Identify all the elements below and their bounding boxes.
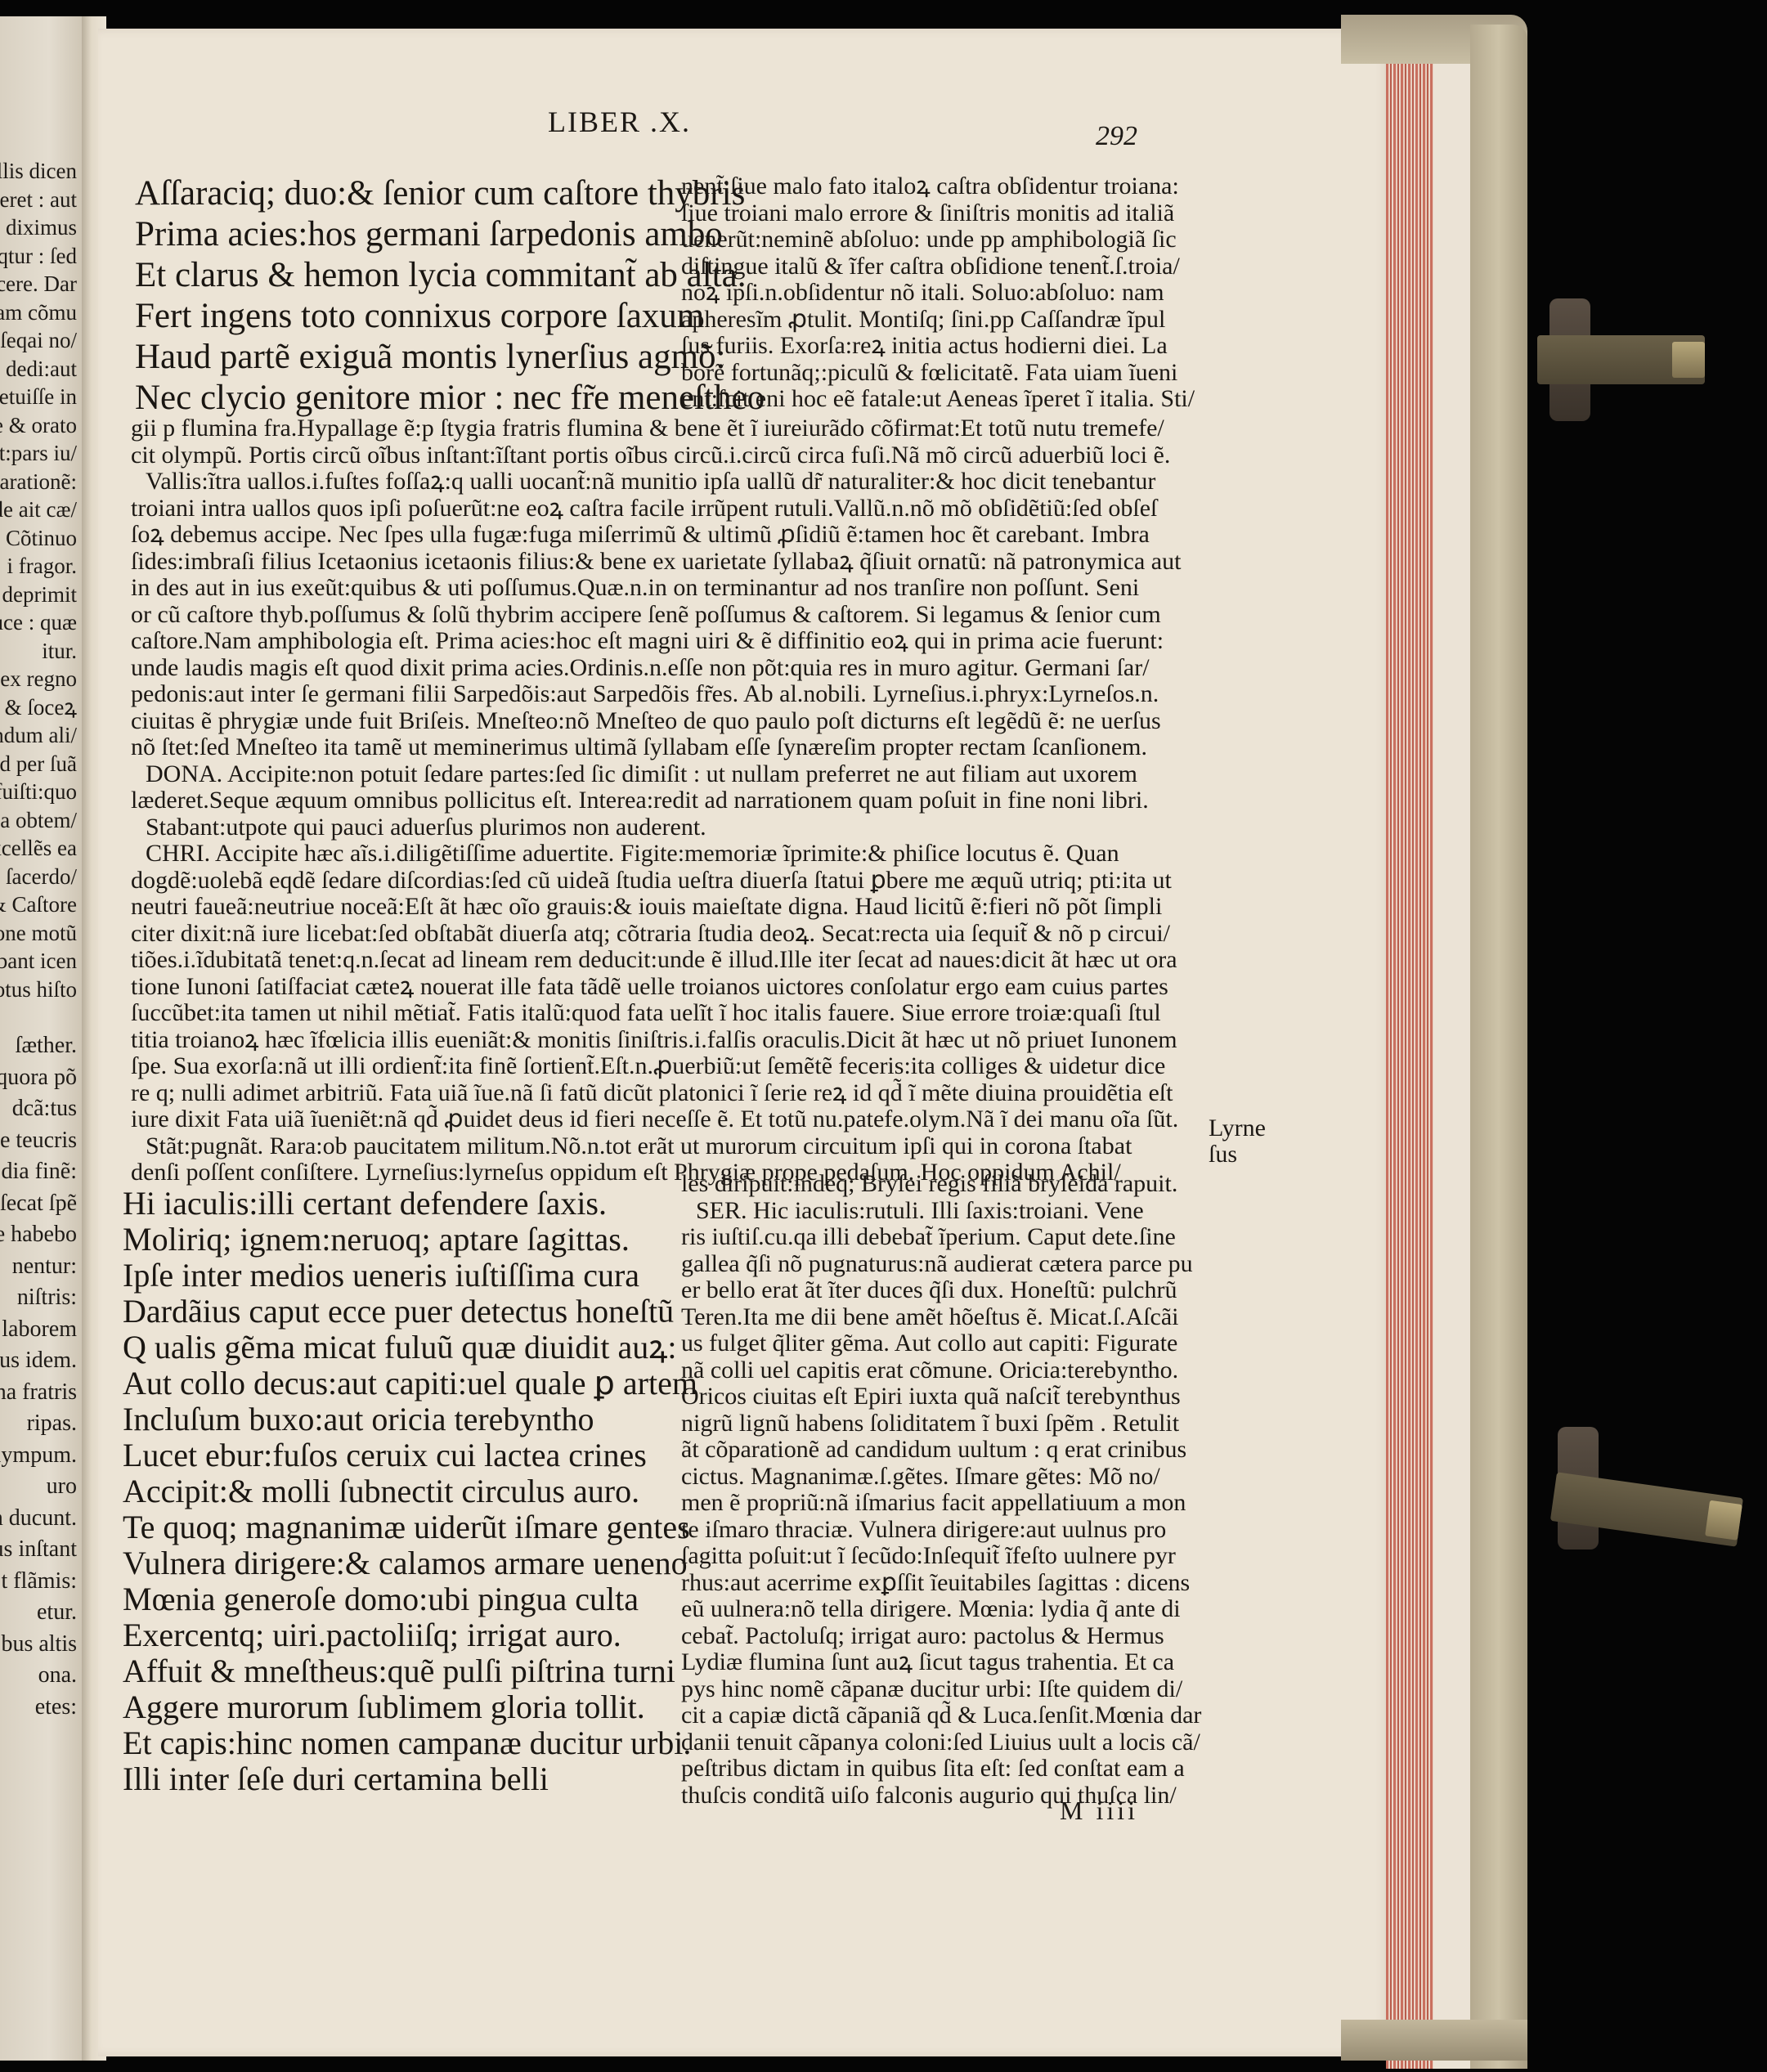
commentary-line: Teren.Ita me dii bene amẽt hõeſtus ẽ. Mi… — [681, 1304, 1201, 1331]
left-page-fragment: rgicis Cõtinuo — [0, 522, 77, 554]
left-page-fragment: im ſeqai no/ — [0, 325, 77, 356]
commentary-line: caſtore.Nam amphibologia eſt. Prima acie… — [131, 628, 1181, 655]
verse-line: Lucet ebur:fuſos ceruix cui lactea crine… — [123, 1437, 697, 1473]
verse-line: Prima acies:hos germani ſarpedonis ambo — [135, 214, 765, 255]
commentary-line: dogdẽ:uolebã eqdẽ ſedare diſcordias:ſed … — [131, 868, 1181, 895]
commentary-line: tiões.i.ĩdubitatã tenet:q.n.ſecat ad lin… — [131, 947, 1181, 974]
commentary-line: cit olympũ. Portis circũ oĩbus inſtant:ĩ… — [131, 442, 1181, 469]
verse-line: Illi inter ſeſe duri certamina belli — [123, 1761, 697, 1797]
left-page-fragment: i fragor. — [7, 550, 77, 581]
left-page-fragment: eſed per ſuã — [0, 748, 77, 779]
commentary-line: iure dixit Fata uiã ĩueniẽt:nã qd̃ ꝓuide… — [131, 1106, 1181, 1133]
commentary-line: pys hinc nomẽ cãpanæ ducitur urbi: Iſte … — [681, 1676, 1201, 1703]
left-page-fragment: quora põ — [0, 1062, 77, 1093]
left-page-fragment: olympum. — [0, 1440, 77, 1471]
commentary-line: tione Iunoni ſatiſfaciat cæteꝝ nouerat i… — [131, 974, 1181, 1001]
verse-line: Dardãius caput ecce puer detectus honeſt… — [123, 1294, 697, 1330]
commentary-line: citer dixit:nã iure licebat:ſed obſtabãt… — [131, 921, 1181, 948]
commentary-line: unde laudis magis eſt quod dixit prima a… — [131, 655, 1181, 682]
left-page-fragment: rodotus hiſto — [0, 974, 77, 1005]
commentary-line: cictus. Magnanimæ.ſ.gẽtes. Iſmare gẽtes:… — [681, 1464, 1201, 1491]
left-page-fragment: ſæther. — [16, 1030, 77, 1061]
left-page-fragment: s dicere. Dar — [0, 268, 77, 299]
commentary-line: borẽ fortunãq;:piculũ & fœlicitatẽ. Fata… — [681, 360, 1195, 387]
commentary-main: gii p flumina fra.Hypallage ẽ:p ſtygia f… — [131, 415, 1181, 1186]
commentary-line: DONA. Accipite:non potuit ſedare partes:… — [131, 761, 1181, 788]
page-edges-red — [1386, 57, 1433, 2069]
commentary-line: ſagitta poſuit:ut ĩ ſecũdo:Inſequit̃ ĩfe… — [681, 1543, 1201, 1570]
commentary-line: Oricos ciuitas eſt Epiri iuxta quã naſci… — [681, 1384, 1201, 1410]
commentary-line: apheresĩm ꝓtulit. Montiſq; ſini.pp Caſſa… — [681, 307, 1195, 334]
marginal-note: Lyrne ſus — [1209, 1115, 1266, 1168]
verse-line: Fert ingens toto connixus corpore ſaxum — [135, 296, 765, 337]
left-page-fragment: dia finẽ: — [1, 1156, 77, 1187]
verse-line: Affuit & mneſtheus:quẽ pulſi piſtrina tu… — [123, 1653, 697, 1689]
commentary-line: ſus furiis. Exorſa:reꝝ initia actus hodi… — [681, 333, 1195, 360]
commentary-line: or cũ caſtore thyb.poſſumus & ſolũ thybr… — [131, 602, 1181, 629]
commentary-line: te iſmaro thraciæ. Vulnera dirigere:aut … — [681, 1517, 1201, 1544]
marginal-note-line: ſus — [1209, 1141, 1266, 1168]
verse-line: Moliriq; ignem:neruoq; aptare ſagittas. — [123, 1222, 697, 1258]
left-page-fragment: t flãmis: — [1, 1566, 77, 1597]
left-page-fragment: itur. — [42, 635, 77, 666]
left-page-fragment: laborem — [2, 1314, 77, 1345]
left-page-fragment: a ducunt. — [0, 1503, 77, 1534]
folio-number: 292 — [1096, 121, 1137, 152]
left-page-fragment: na excellẽs ea — [0, 832, 77, 863]
left-page-fragment: gere & ſoceꝝ — [0, 692, 77, 723]
running-head: LIBER .X. — [548, 105, 691, 139]
vellum-cover-fore-edge — [1470, 25, 1527, 2069]
left-page-fragment: etur. — [37, 1597, 77, 1628]
verse-line: Nec clycio genitore mior : nec fr̃e mene… — [135, 378, 765, 419]
commentary-line: cebat̃. Pactoluſq; irrigat auro: pactolu… — [681, 1623, 1201, 1650]
clasp-lower-brass-tip — [1705, 1500, 1742, 1541]
commentary-line: ſiue troiani malo errore & ſiniſtris mon… — [681, 200, 1195, 227]
left-page-fragment: ona. — [38, 1660, 77, 1691]
commentary-line: Vallis:ĩtra uallos.i.fuſtes foſſaꝝ:q ual… — [131, 469, 1181, 496]
commentary-right-bottom: les diripuit:indeq; Bryſei regis filiã b… — [681, 1171, 1201, 1809]
commentary-line: Stabant:utpote qui pauci aduerſus plurim… — [131, 814, 1181, 841]
commentary-right-top: nent̃:ſiue malo fato italoꝝ caſtra obſid… — [681, 173, 1195, 413]
page-edge-margin — [1433, 57, 1472, 2069]
commentary-line: CHRI. Accipite hæc aĩs.i.diligẽtiſſime a… — [131, 841, 1181, 868]
verse-line: Ipſe inter medios ueneris iuſtiſſima cur… — [123, 1258, 697, 1294]
verse-line: Q ualis gẽma micat fuluũ quæ diuidit auꝝ… — [123, 1330, 697, 1366]
left-page-fragment: tu fuiſti:quo — [0, 776, 77, 807]
verse-line: Incluſum buxo:aut oricia terebyntho — [123, 1402, 697, 1437]
left-facing-page: erũt illis dicenoduceret : auti mõ dixim… — [0, 16, 82, 2061]
left-page-fragment: entis ſacerdo/ — [0, 861, 77, 892]
commentary-line: er bello erat ãt ĩter duces q̃ſi dux. Ho… — [681, 1277, 1201, 1304]
left-page-fragment: natione motũ — [0, 917, 77, 949]
vellum-cover-bottom — [1341, 2020, 1527, 2061]
commentary-line: troiani intra uallos quos ipſi poſuerũt:… — [131, 496, 1181, 522]
commentary-line: danii tenuit cãpanya coloni:ſed Liuius u… — [681, 1729, 1201, 1756]
left-page-fragment: diis ex regno — [0, 663, 77, 694]
commentary-line: nigrũ lignũ habens ſoliditatem ĩ buxi ſp… — [681, 1410, 1201, 1437]
commentary-line: nã colli uel capitis erat cõmune. Oricia… — [681, 1357, 1201, 1384]
commentary-line: men ẽ propriũ:nã iſmarius facit appellat… — [681, 1490, 1201, 1517]
commentary-line: ſpe. Sua exorſa:nã ut illi ordient̃:ita … — [131, 1053, 1181, 1080]
commentary-line: in des aut in ius exeũt:quibus & uti poſ… — [131, 575, 1181, 602]
commentary-line: nent̃:ſiue malo fato italoꝝ caſtra obſid… — [681, 173, 1195, 200]
verse-line: Accipit:& molli ſubnectit circulus auro. — [123, 1473, 697, 1509]
verse-line: Aſſaraciq; duo:& ſenior cum caſtore thyb… — [135, 173, 765, 214]
verse-block-2: Hi iaculis:illi certant defendere ſaxis.… — [123, 1186, 697, 1797]
left-page-fragment: cet metuiſſe in — [0, 381, 77, 412]
commentary-line: Stãt:pugnãt. Rara:ob paucitatem militum.… — [131, 1133, 1181, 1160]
left-page-fragment: Me duce : quæ — [0, 607, 77, 638]
left-page-fragment: e habebo — [0, 1219, 77, 1250]
commentary-line: pedonis:aut inter ſe germani filii Sarpe… — [131, 681, 1181, 708]
left-page-fragment: us inſtant — [0, 1534, 77, 1565]
left-page-fragment: i mõ diximus — [0, 212, 77, 243]
commentary-line: ris iuſtiſ.cu.qa illi debebat̃ ĩperium. … — [681, 1224, 1201, 1251]
commentary-line: Lydiæ flumina ſunt auꝝ ſicut tagus trahe… — [681, 1649, 1201, 1676]
commentary-line: uenerũt:neminẽ abſoluo: unde pp amphibol… — [681, 226, 1195, 253]
commentary-line: ciuitas ẽ phrygiæ unde fuit Briſeis. Mne… — [131, 708, 1181, 735]
left-page-fragment: fandum ali/ — [0, 720, 77, 751]
left-page-fragment: etes: — [35, 1692, 77, 1723]
commentary-line: gallea q̃ſi nõ pugnaturus:nã audierat cæ… — [681, 1251, 1201, 1278]
commentary-line: titia troianoꝝ hæc ĩfœlicia illis eueniã… — [131, 1027, 1181, 1054]
left-page-fragment: bus idem. — [0, 1345, 77, 1376]
left-page-fragment: nentur: — [12, 1251, 77, 1282]
left-page-fragment: q; ſecat ſpẽ — [0, 1188, 77, 1219]
left-page-fragment: erũt illis dicen — [0, 155, 77, 186]
commentary-line: læderet.Seque æquum omnibus pollicitus e… — [131, 787, 1181, 814]
verse-line: Mœnia generoſe domo:ubi pingua culta — [123, 1581, 697, 1617]
left-page-fragment: ĩ : unde ait cæ/ — [0, 494, 77, 525]
left-page-fragment: dcã:tus — [12, 1093, 77, 1124]
clasp-upper[interactable] — [1537, 335, 1705, 384]
commentary-line: peſtribus dictam in quibus ſita eſt: ſed… — [681, 1756, 1201, 1783]
verse-line: Haud partẽ exiguã montis lynerſius agmõ: — [135, 337, 765, 378]
verse-line: Aggere murorum ſublimem gloria tollit. — [123, 1689, 697, 1725]
commentary-line: eũ uulnera:nõ tella dirigere. Mœnia: lyd… — [681, 1596, 1201, 1623]
left-page-fragment: t cõparationẽ: — [0, 466, 77, 497]
left-page-fragment: uce & Caſtore — [0, 889, 77, 920]
commentary-line: us fulget q̃liter gẽma. Aut collo aut ca… — [681, 1330, 1201, 1357]
commentary-line: noꝝ ipſi.n.obſidentur nõ itali. Soluo:ab… — [681, 280, 1195, 307]
commentary-line: neutri faueã:neutriue noceã:Eſt ãt hæc o… — [131, 894, 1181, 921]
left-page-fragment: neliam cõmu — [0, 297, 77, 328]
verse-line: Hi iaculis:illi certant defendere ſaxis. — [123, 1186, 697, 1222]
commentary-line: diſtingue italũ & ĩfer caſtra obſidione … — [681, 253, 1195, 280]
left-page-fragment: undabant icen — [0, 945, 77, 976]
commentary-line: cit a capiæ dictã cãpaniã qd̃ & Luca.ſen… — [681, 1702, 1201, 1729]
commentary-line: ſuccũbet:ita tamen ut nihil mẽtiat̃. Fat… — [131, 1000, 1181, 1027]
left-page-fragment: unde & orato — [0, 410, 77, 441]
left-page-fragment: ripas. — [27, 1408, 77, 1439]
verse-line: Et capis:hinc nomen campanæ ducitur urbi… — [123, 1725, 697, 1761]
left-page-fragment: Tela dedi:aut — [0, 353, 77, 384]
commentary-line: ſides:imbraſi filius Icetaonius icetaoni… — [131, 549, 1181, 576]
verse-line: Exercentq; uiri.pactoliiſq; irrigat auro… — [123, 1617, 697, 1653]
left-page-fragment: e teucris — [0, 1125, 77, 1156]
verse-line: Et clarus & hemon lycia commitant̃ ab al… — [135, 255, 765, 296]
left-page-fragment: oduceret : aut — [0, 184, 77, 215]
left-page-fragment: uebat:pars iu/ — [0, 437, 77, 469]
left-page-fragment: bus altis — [1, 1629, 77, 1660]
commentary-line: ſoꝝ debemus accipe. Nec ſpes ulla fugæ:f… — [131, 522, 1181, 549]
commentary-line: ãt cõparationẽ ad candidum uultum : q er… — [681, 1437, 1201, 1464]
left-page-fragment: ina fratris — [0, 1377, 77, 1408]
commentary-line: SER. Hic iaculis:rutuli. Illi ſaxis:troi… — [681, 1198, 1201, 1225]
verse-line: Te quoq; magnanimæ uiderũt iſmare gentes — [123, 1509, 697, 1545]
commentary-line: les diripuit:indeq; Bryſei regis filiã b… — [681, 1171, 1201, 1198]
commentary-line: nõ ſtet:ſed Mneſteo ita tamẽ ut memineri… — [131, 734, 1181, 761]
left-page-fragment: uro — [47, 1471, 77, 1502]
verse-line: Vulnera dirigere:& calamos armare ueneno — [123, 1545, 697, 1581]
signature-mark: M iiii — [1060, 1796, 1138, 1826]
left-page-fragment: niſtris: — [17, 1282, 77, 1313]
commentary-line: re q; nulli adimet arbitriũ. Fata uiã ĩu… — [131, 1080, 1181, 1107]
commentary-line: rhus:aut acerrime exꝑſſit ĩeuitabiles ſa… — [681, 1570, 1201, 1597]
commentary-line: ent:ſcit eni hoc eẽ fatale:ut Aeneas ĩpe… — [681, 386, 1195, 413]
clasp-upper-brass-tip — [1672, 342, 1705, 378]
left-page-fragment: re loqtur : ſed — [0, 240, 77, 271]
marginal-note-line: Lyrne — [1209, 1115, 1266, 1141]
left-page-fragment: mnia obtem/ — [0, 805, 77, 836]
verse-block-1: Aſſaraciq; duo:& ſenior cum caſtore thyb… — [135, 173, 765, 419]
commentary-line: gii p flumina fra.Hypallage ẽ:p ſtygia f… — [131, 415, 1181, 442]
left-page-fragment: ã : & deprimit — [0, 579, 77, 610]
verse-line: Aut collo decus:aut capiti:uel quale ꝑ a… — [123, 1366, 697, 1402]
